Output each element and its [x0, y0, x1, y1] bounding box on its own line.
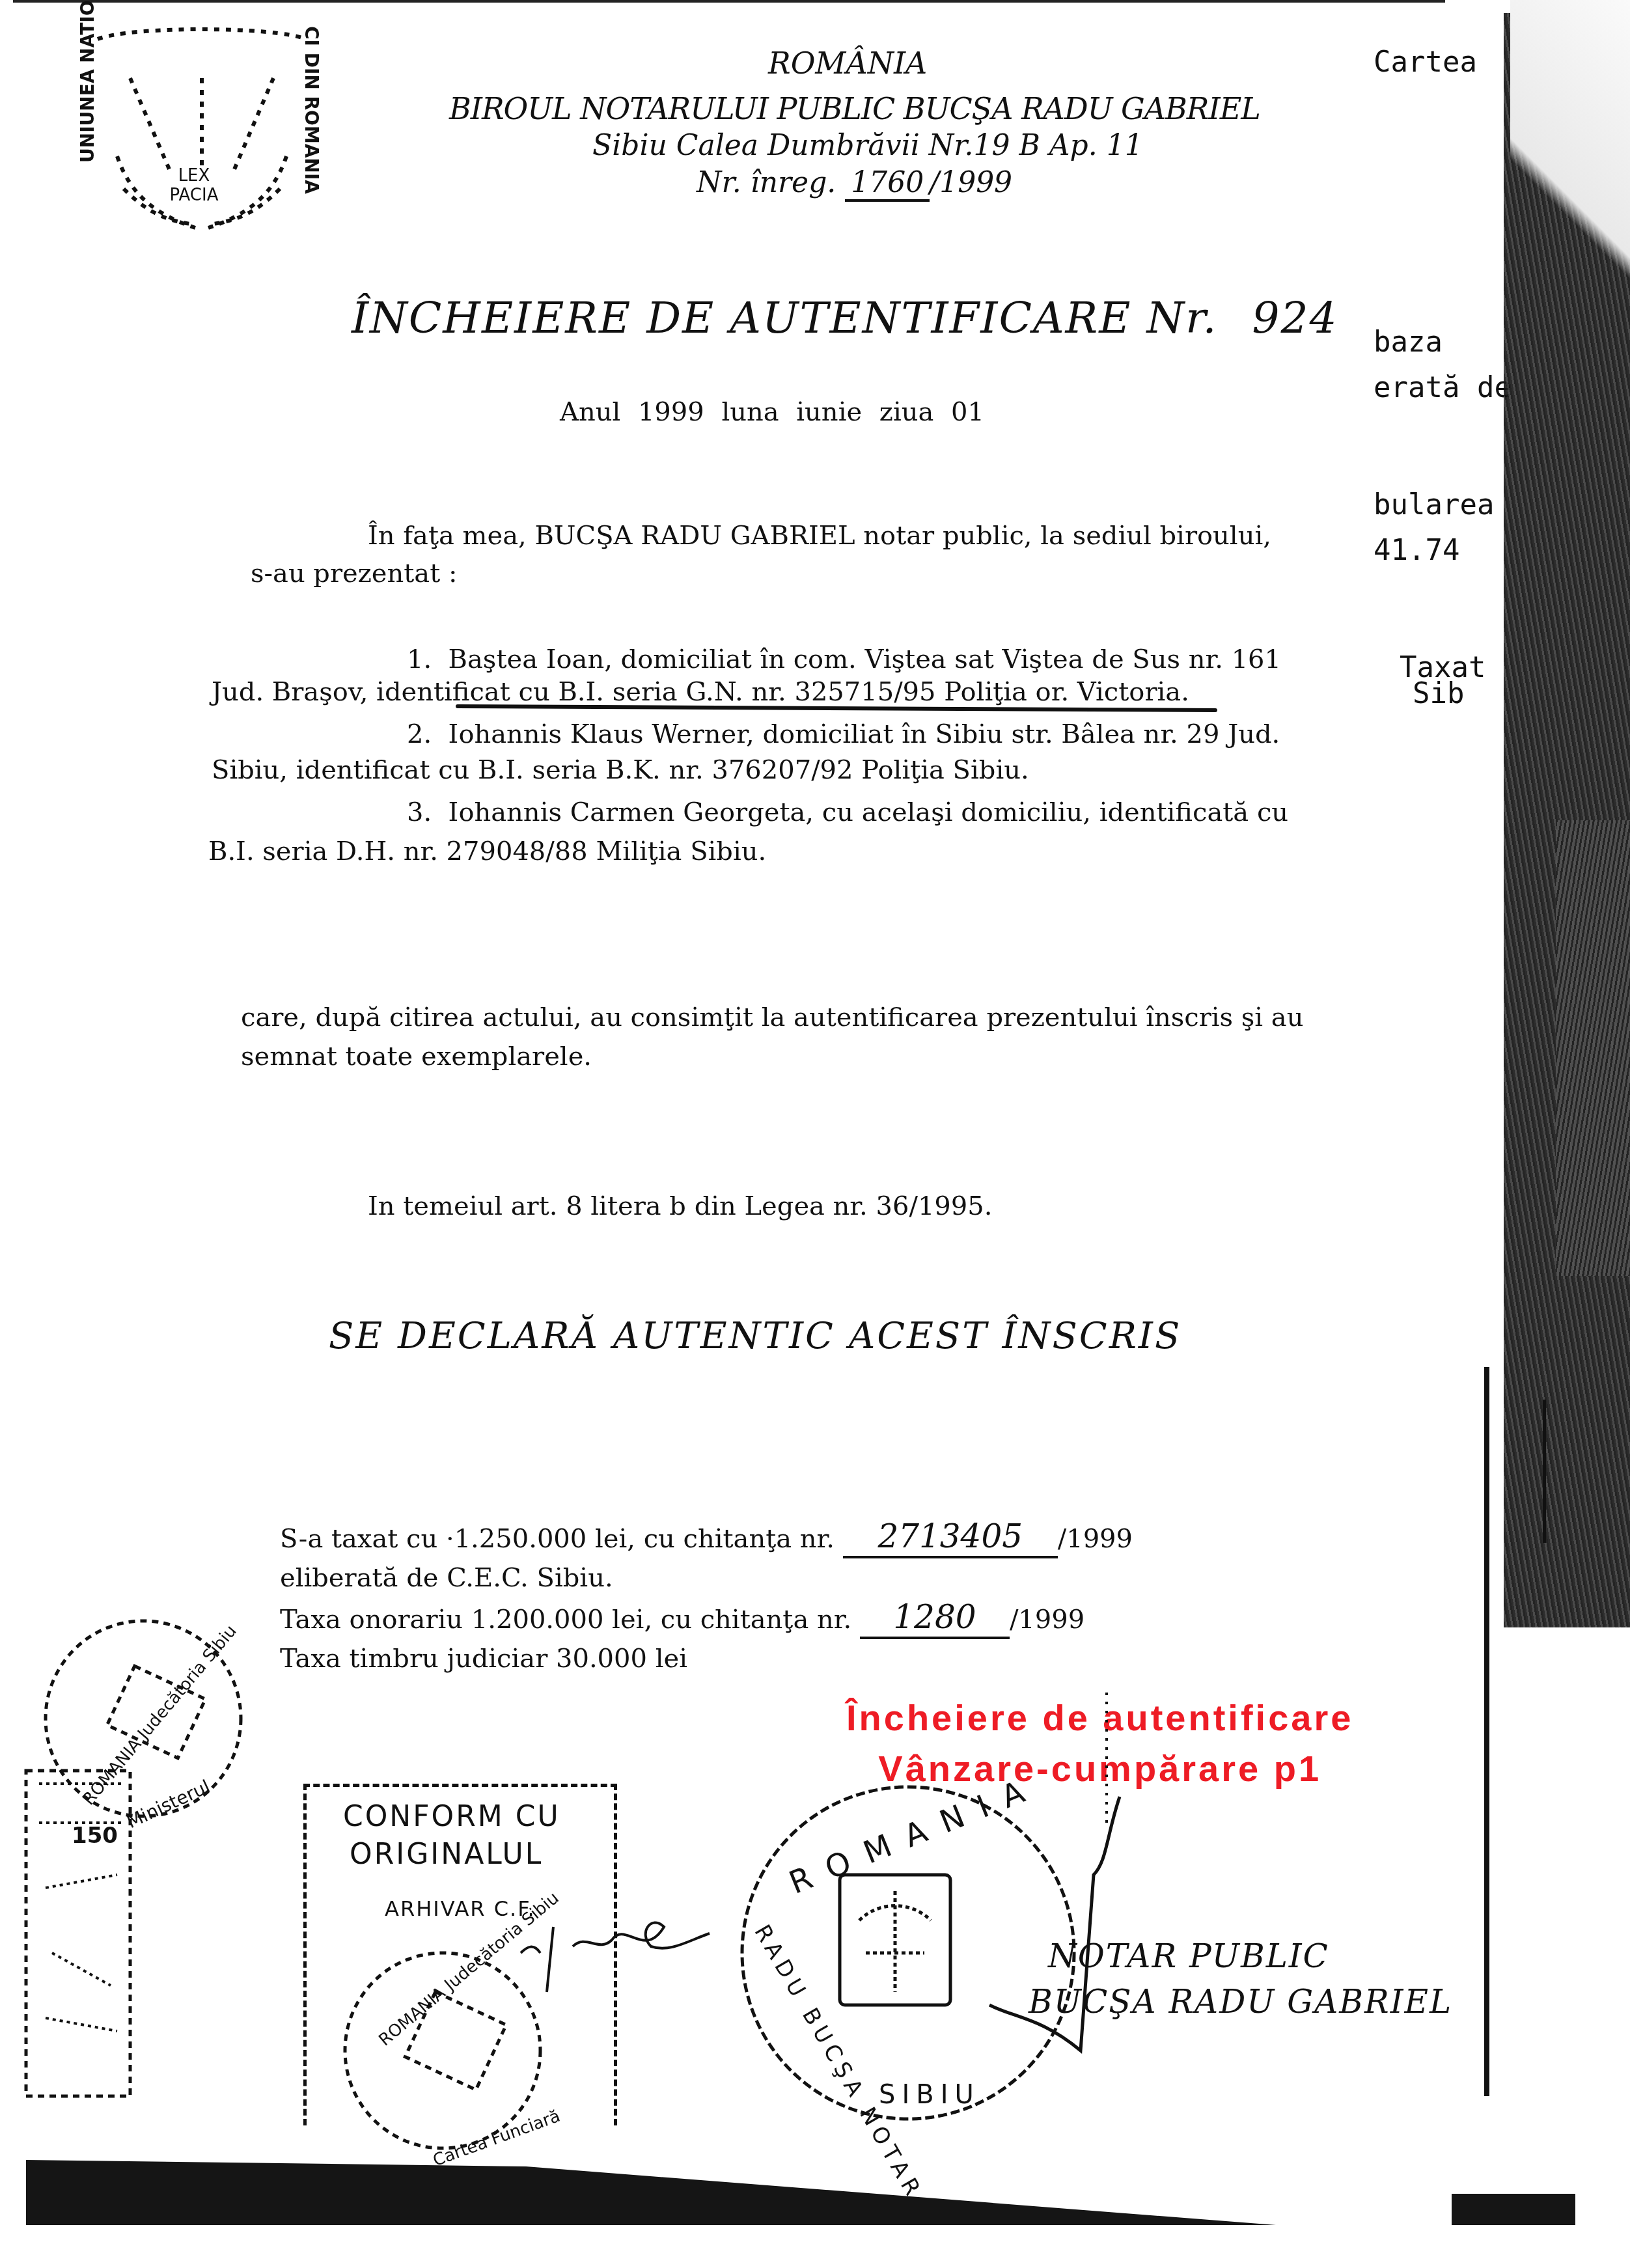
header-country: ROMÂNIA	[768, 46, 927, 81]
receipt-number-2: 1280	[860, 1597, 1010, 1639]
header-registration: Nr. înreg. 1760/1999	[697, 166, 1012, 202]
header-office: BIROUL NOTARULUI PUBLIC BUCŞA RADU GABRI…	[449, 91, 1260, 126]
page-edge-line-2	[1543, 1400, 1546, 1543]
party-1-line-2: Jud. Braşov, identificat cu B.I. seria G…	[212, 677, 1189, 707]
legal-basis: In temeiul art. 8 litera b din Legea nr.…	[368, 1191, 992, 1221]
party-3-line-1: 3. Iohannis Carmen Georgeta, cu acelaşi …	[407, 797, 1288, 827]
annotation-line-1: Încheiere de autentificare	[846, 1693, 1353, 1743]
registration-year: /1999	[930, 166, 1012, 199]
document-title: ÎNCHEIERE DE AUTENTIFICARE Nr. 924	[352, 293, 1338, 343]
consent-line-1: care, după citirea actului, au consimţit…	[241, 1003, 1303, 1032]
party-1-line-1: 1. Baştea Ioan, domiciliat în com. Vişte…	[407, 644, 1281, 674]
page-curl	[1510, 0, 1630, 417]
intro-line-1: În faţa mea, BUCŞA RADU GABRIEL notar pu…	[368, 521, 1271, 551]
header-address: Sibiu Calea Dumbrăvii Nr.19 B Ap. 11	[592, 129, 1143, 162]
title-text: ÎNCHEIERE DE AUTENTIFICARE Nr.	[352, 293, 1217, 343]
court-seal-left-text: ROMANIA Judecătoria Sibiu	[79, 1622, 241, 1809]
consent-line-2: semnat toate exemplarele.	[241, 1042, 592, 1072]
annotation-line-2: Vânzare-cumpărare p1	[846, 1743, 1353, 1794]
notary-caption: NOTAR PUBLIC BUCŞA RADU GABRIEL	[1029, 1933, 1452, 2025]
fee-row-1: S-a taxat cu ·1.250.000 lei, cu chitanţa…	[280, 1517, 1133, 1558]
registration-label: Nr. înreg.	[697, 166, 836, 199]
title-number: 924	[1252, 293, 1338, 343]
conform-cu-originalul-stamp: CONFORM CU ORIGINALUL ARHIVAR C.F.	[303, 1784, 617, 2125]
registration-number: 1760	[845, 166, 930, 202]
party-2-line-2: Sibiu, identificat cu B.I. seria B.K. nr…	[212, 755, 1029, 785]
fee-row-4: Taxa timbru judiciar 30.000 lei	[280, 1639, 1133, 1678]
union-seal-left-label: UNIUNEA NATIONALA	[77, 0, 98, 163]
adjacent-page-fragment: Cartea baza erată de bularea 41.74 Taxat…	[1374, 0, 1445, 781]
party-2-line-1: 2. Iohannis Klaus Werner, domiciliat în …	[407, 719, 1280, 749]
court-seal-left-number: 150	[72, 1823, 118, 1849]
receipt-number-1: 2713405	[843, 1517, 1058, 1558]
scan-bottom-shadow	[26, 2160, 1276, 2225]
scan-top-edge	[13, 0, 1445, 3]
union-seal-right-label: CI DIN ROMANIA	[301, 26, 322, 194]
scan-bottom-shadow-right	[1452, 2194, 1575, 2225]
authenticity-declaration: SE DECLARĂ AUTENTIC ACEST ÎNSCRIS	[329, 1315, 1181, 1357]
court-seal-left-text-2: Ministerul	[123, 1776, 213, 1833]
page-fold-lower	[1556, 820, 1630, 1276]
notary-seal-bottom-text: RADU BUCŞA NOTAR	[749, 1920, 928, 2204]
party-3-line-2: B.I. seria D.H. nr. 279048/88 Miliţia Si…	[208, 837, 766, 866]
union-seal-center-label: LEX PACIA	[168, 166, 220, 205]
page-edge-line	[1484, 1367, 1489, 2096]
notary-seal-city: SIBIU	[879, 2080, 980, 2110]
fee-row-2: eliberată de C.E.C. Sibiu.	[280, 1558, 1133, 1597]
fees-block: S-a taxat cu ·1.250.000 lei, cu chitanţa…	[280, 1517, 1133, 1678]
intro-line-2: s-au prezentat :	[251, 559, 457, 588]
fee-row-3: Taxa onorariu 1.200.000 lei, cu chitanţa…	[280, 1597, 1133, 1639]
document-page: UNIUNEA NATIONALA CI DIN ROMANIA LEX PAC…	[0, 0, 1630, 2268]
date-line: Anul 1999 luna iunie ziua 01	[560, 397, 984, 427]
red-annotation: Încheiere de autentificare Vânzare-cumpă…	[846, 1693, 1353, 1794]
